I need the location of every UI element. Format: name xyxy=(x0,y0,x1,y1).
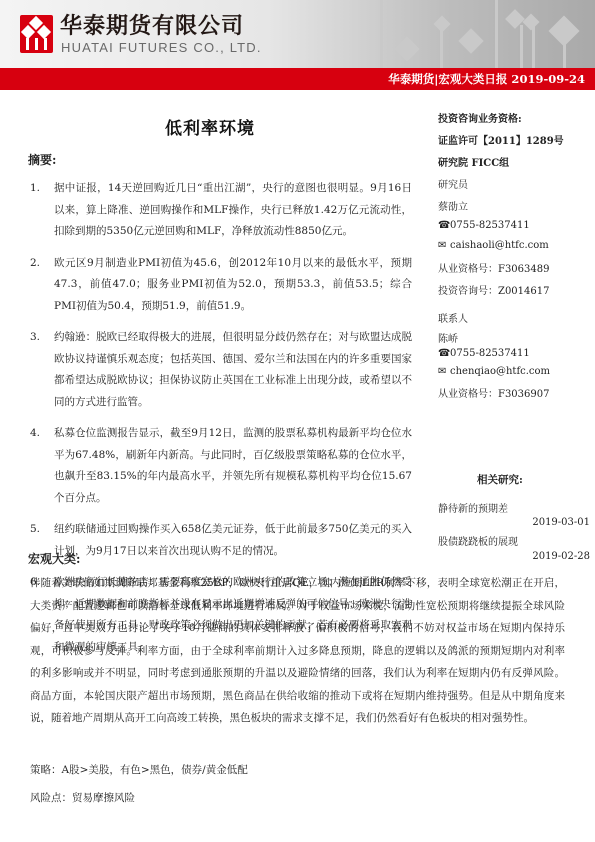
macro-body: 伴随着美联储如期调降联邦基金利率25BP，欧央行重启QE，国内短期LPR利率下移… xyxy=(30,572,565,730)
phone-number: 0755-82537411 xyxy=(450,220,530,231)
decor-stem xyxy=(495,0,498,68)
item-text: 纽约联储通过回购操作买入658亿美元证券，低于此前最多750亿美元的买入计划，为… xyxy=(54,523,412,557)
company-name-cn: 华泰期货有限公司 xyxy=(60,15,244,39)
email-icon: ✉ xyxy=(438,240,450,251)
decor-stem xyxy=(440,28,443,68)
researcher-role: 研究员 xyxy=(438,176,468,191)
item-number: 3. xyxy=(30,327,40,349)
item-number: 1. xyxy=(30,178,40,200)
decor-stem xyxy=(563,40,566,68)
related-research-heading: 相关研究: xyxy=(477,472,523,487)
phone-icon: ☎ xyxy=(438,220,450,231)
summary-item: 3.约翰逊：脱欧已经取得极大的进展，但很明显分歧仍然存在；对与欧盟达成脱欧协议持… xyxy=(30,327,412,413)
email-link[interactable]: caishaoli@htfc.com xyxy=(450,240,549,251)
related-research-date: 2019-03-01 xyxy=(532,517,590,528)
macro-heading: 宏观大类: xyxy=(28,550,80,567)
summary-item: 1.据中证报，14天逆回购近几日“重出江湖”，央行的意图也很明显。9月16日以来… xyxy=(30,178,412,243)
strategy-line: 策略：A股>美股，有色>黑色，债券/黄金低配 xyxy=(30,762,248,777)
item-number: 4. xyxy=(30,423,40,445)
email-icon: ✉ xyxy=(438,366,450,377)
risk-line: 风险点：贸易摩擦风险 xyxy=(30,790,135,805)
summary-item: 5.纽约联储通过回购操作买入658亿美元证券，低于此前最多750亿美元的买入计划… xyxy=(30,519,412,562)
item-text: 约翰逊：脱欧已经取得极大的进展，但很明显分歧仍然存在；对与欧盟达成脱欧协议持谨慎… xyxy=(54,331,412,408)
summary-heading: 摘要: xyxy=(28,151,56,168)
researcher-phone: ☎0755-82537411 xyxy=(438,220,530,231)
contact-practice-no: 从业资格号：F3036907 xyxy=(438,385,549,400)
item-number: 5. xyxy=(30,519,40,541)
contact-role: 联系人 xyxy=(438,310,468,325)
related-research-link[interactable]: 静待新的预期差 xyxy=(438,500,508,515)
qualification-label: 投资咨询业务资格: xyxy=(438,110,522,125)
related-research-date: 2019-02-28 xyxy=(532,551,590,562)
decor-stem xyxy=(520,25,523,68)
contact-name: 陈峤 xyxy=(438,330,458,345)
item-number: 2. xyxy=(30,253,40,275)
item-text: 据中证报，14天逆回购近几日“重出江湖”，央行的意图也很明显。9月16日以来，算… xyxy=(54,182,412,237)
email-link[interactable]: chenqiao@htfc.com xyxy=(450,366,550,377)
researcher-email[interactable]: ✉caishaoli@htfc.com xyxy=(438,240,549,251)
phone-number: 0755-82537411 xyxy=(450,348,530,359)
researcher-name: 蔡劭立 xyxy=(438,198,468,213)
summary-item: 4.私募仓位监测报告显示，截至9月12日，监测的股票私募机构最新平均仓位水平为6… xyxy=(30,423,412,509)
huatai-logo-icon xyxy=(20,15,53,53)
decor-diamond xyxy=(458,28,483,53)
researcher-consult-no: 投资咨询号：Z0014617 xyxy=(438,282,549,297)
company-name-en: HUATAI FUTURES CO., LTD. xyxy=(61,40,262,55)
contact-phone: ☎0755-82537411 xyxy=(438,348,530,359)
phone-icon: ☎ xyxy=(438,348,450,359)
decor-diamond xyxy=(394,36,419,61)
researcher-practice-no: 从业资格号：F3063489 xyxy=(438,260,549,275)
related-research-link[interactable]: 股债跷跷板的展现 xyxy=(438,533,518,548)
department: 研究院 FICC组 xyxy=(438,154,509,169)
license-number: 证监许可【2011】1289号 xyxy=(438,132,564,147)
report-series-date: 华泰期货|宏观大类日报 2019-09-24 xyxy=(388,71,585,87)
decor-stem xyxy=(532,25,535,68)
contact-email[interactable]: ✉chenqiao@htfc.com xyxy=(438,366,550,377)
summary-item: 2.欧元区9月制造业PMI初值为45.6，创2012年10月以来的最低水平，预期… xyxy=(30,253,412,318)
report-band: 华泰期货|宏观大类日报 2019-09-24 xyxy=(0,68,595,90)
item-text: 私募仓位监测报告显示，截至9月12日，监测的股票私募机构最新平均仓位水平为67.… xyxy=(54,427,412,504)
decor-stem xyxy=(380,0,383,68)
item-text: 欧元区9月制造业PMI初值为45.6，创2012年10月以来的最低水平，预期47… xyxy=(54,257,412,312)
report-title: 低利率环境 xyxy=(0,114,420,139)
decor-diamond xyxy=(523,14,540,31)
report-header: 华泰期货有限公司 HUATAI FUTURES CO., LTD. xyxy=(0,0,595,68)
